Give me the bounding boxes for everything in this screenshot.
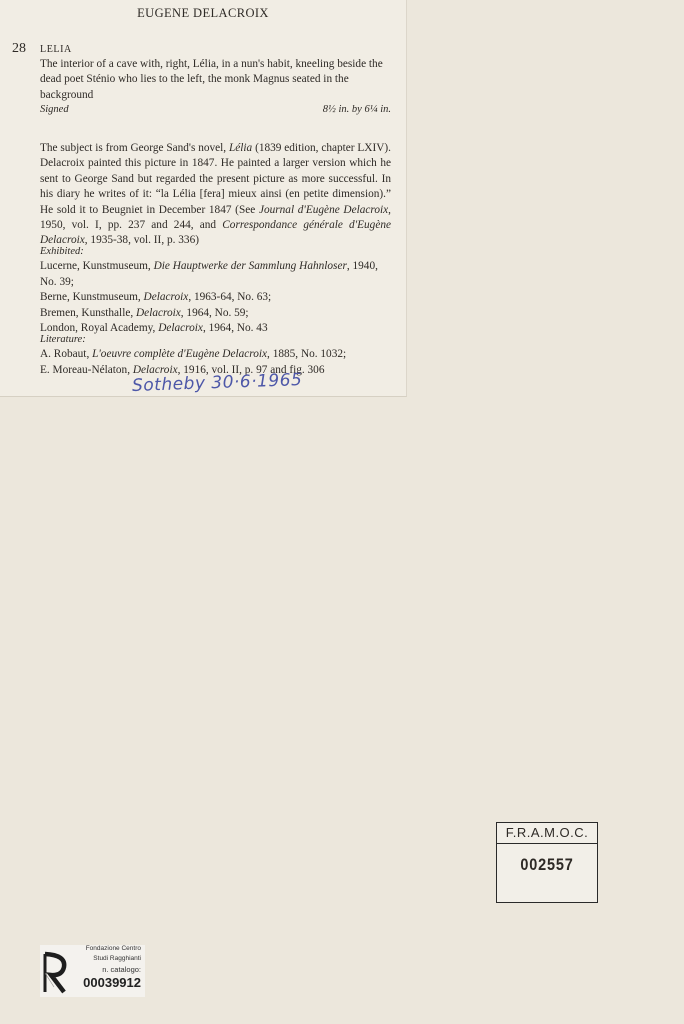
- entry-description: The interior of a cave with, right, Léli…: [40, 57, 391, 103]
- page-header: EUGENE DELACROIX: [0, 6, 406, 21]
- label-line-1: Fondazione Centro: [86, 945, 141, 952]
- literature-section: Literature: A. Robaut, L'oeuvre complète…: [40, 332, 391, 378]
- signed-label: Signed: [40, 104, 69, 115]
- stamp-header: F.R.A.M.O.C.: [497, 823, 597, 844]
- ragghianti-logo-icon: [42, 951, 68, 995]
- framoc-stamp: F.R.A.M.O.C. 002557: [496, 822, 598, 903]
- catalog-label: Fondazione Centro Studi Ragghianti n. ca…: [40, 945, 145, 997]
- entry-number: 28: [12, 41, 26, 57]
- dimensions: 8½ in. by 6¼ in.: [323, 104, 391, 115]
- list-item: A. Robaut, L'oeuvre complète d'Eugène De…: [40, 347, 391, 362]
- exhibited-section: Exhibited: Lucerne, Kunstmuseum, Die Hau…: [40, 244, 391, 336]
- signed-row: Signed 8½ in. by 6¼ in.: [40, 104, 391, 115]
- literature-label: Literature:: [40, 332, 391, 347]
- exhibited-label: Exhibited:: [40, 244, 391, 259]
- stamp-number: 002557: [505, 855, 590, 875]
- catalogue-clipping: EUGENE DELACROIX 28 LELIA The interior o…: [0, 0, 407, 397]
- list-item: Lucerne, Kunstmuseum, Die Hauptwerke der…: [40, 259, 391, 290]
- entry-title: LELIA: [40, 44, 72, 55]
- catalog-number: 00039912: [83, 975, 141, 990]
- list-item: Bremen, Kunsthalle, Delacroix, 1964, No.…: [40, 306, 391, 321]
- entry-body: The subject is from George Sand's novel,…: [40, 141, 391, 249]
- label-line-3: n. catalogo:: [102, 965, 141, 974]
- exhibited-list: Lucerne, Kunstmuseum, Die Hauptwerke der…: [40, 259, 391, 336]
- label-line-2: Studi Ragghianti: [93, 955, 141, 962]
- list-item: Berne, Kunstmuseum, Delacroix, 1963-64, …: [40, 290, 391, 305]
